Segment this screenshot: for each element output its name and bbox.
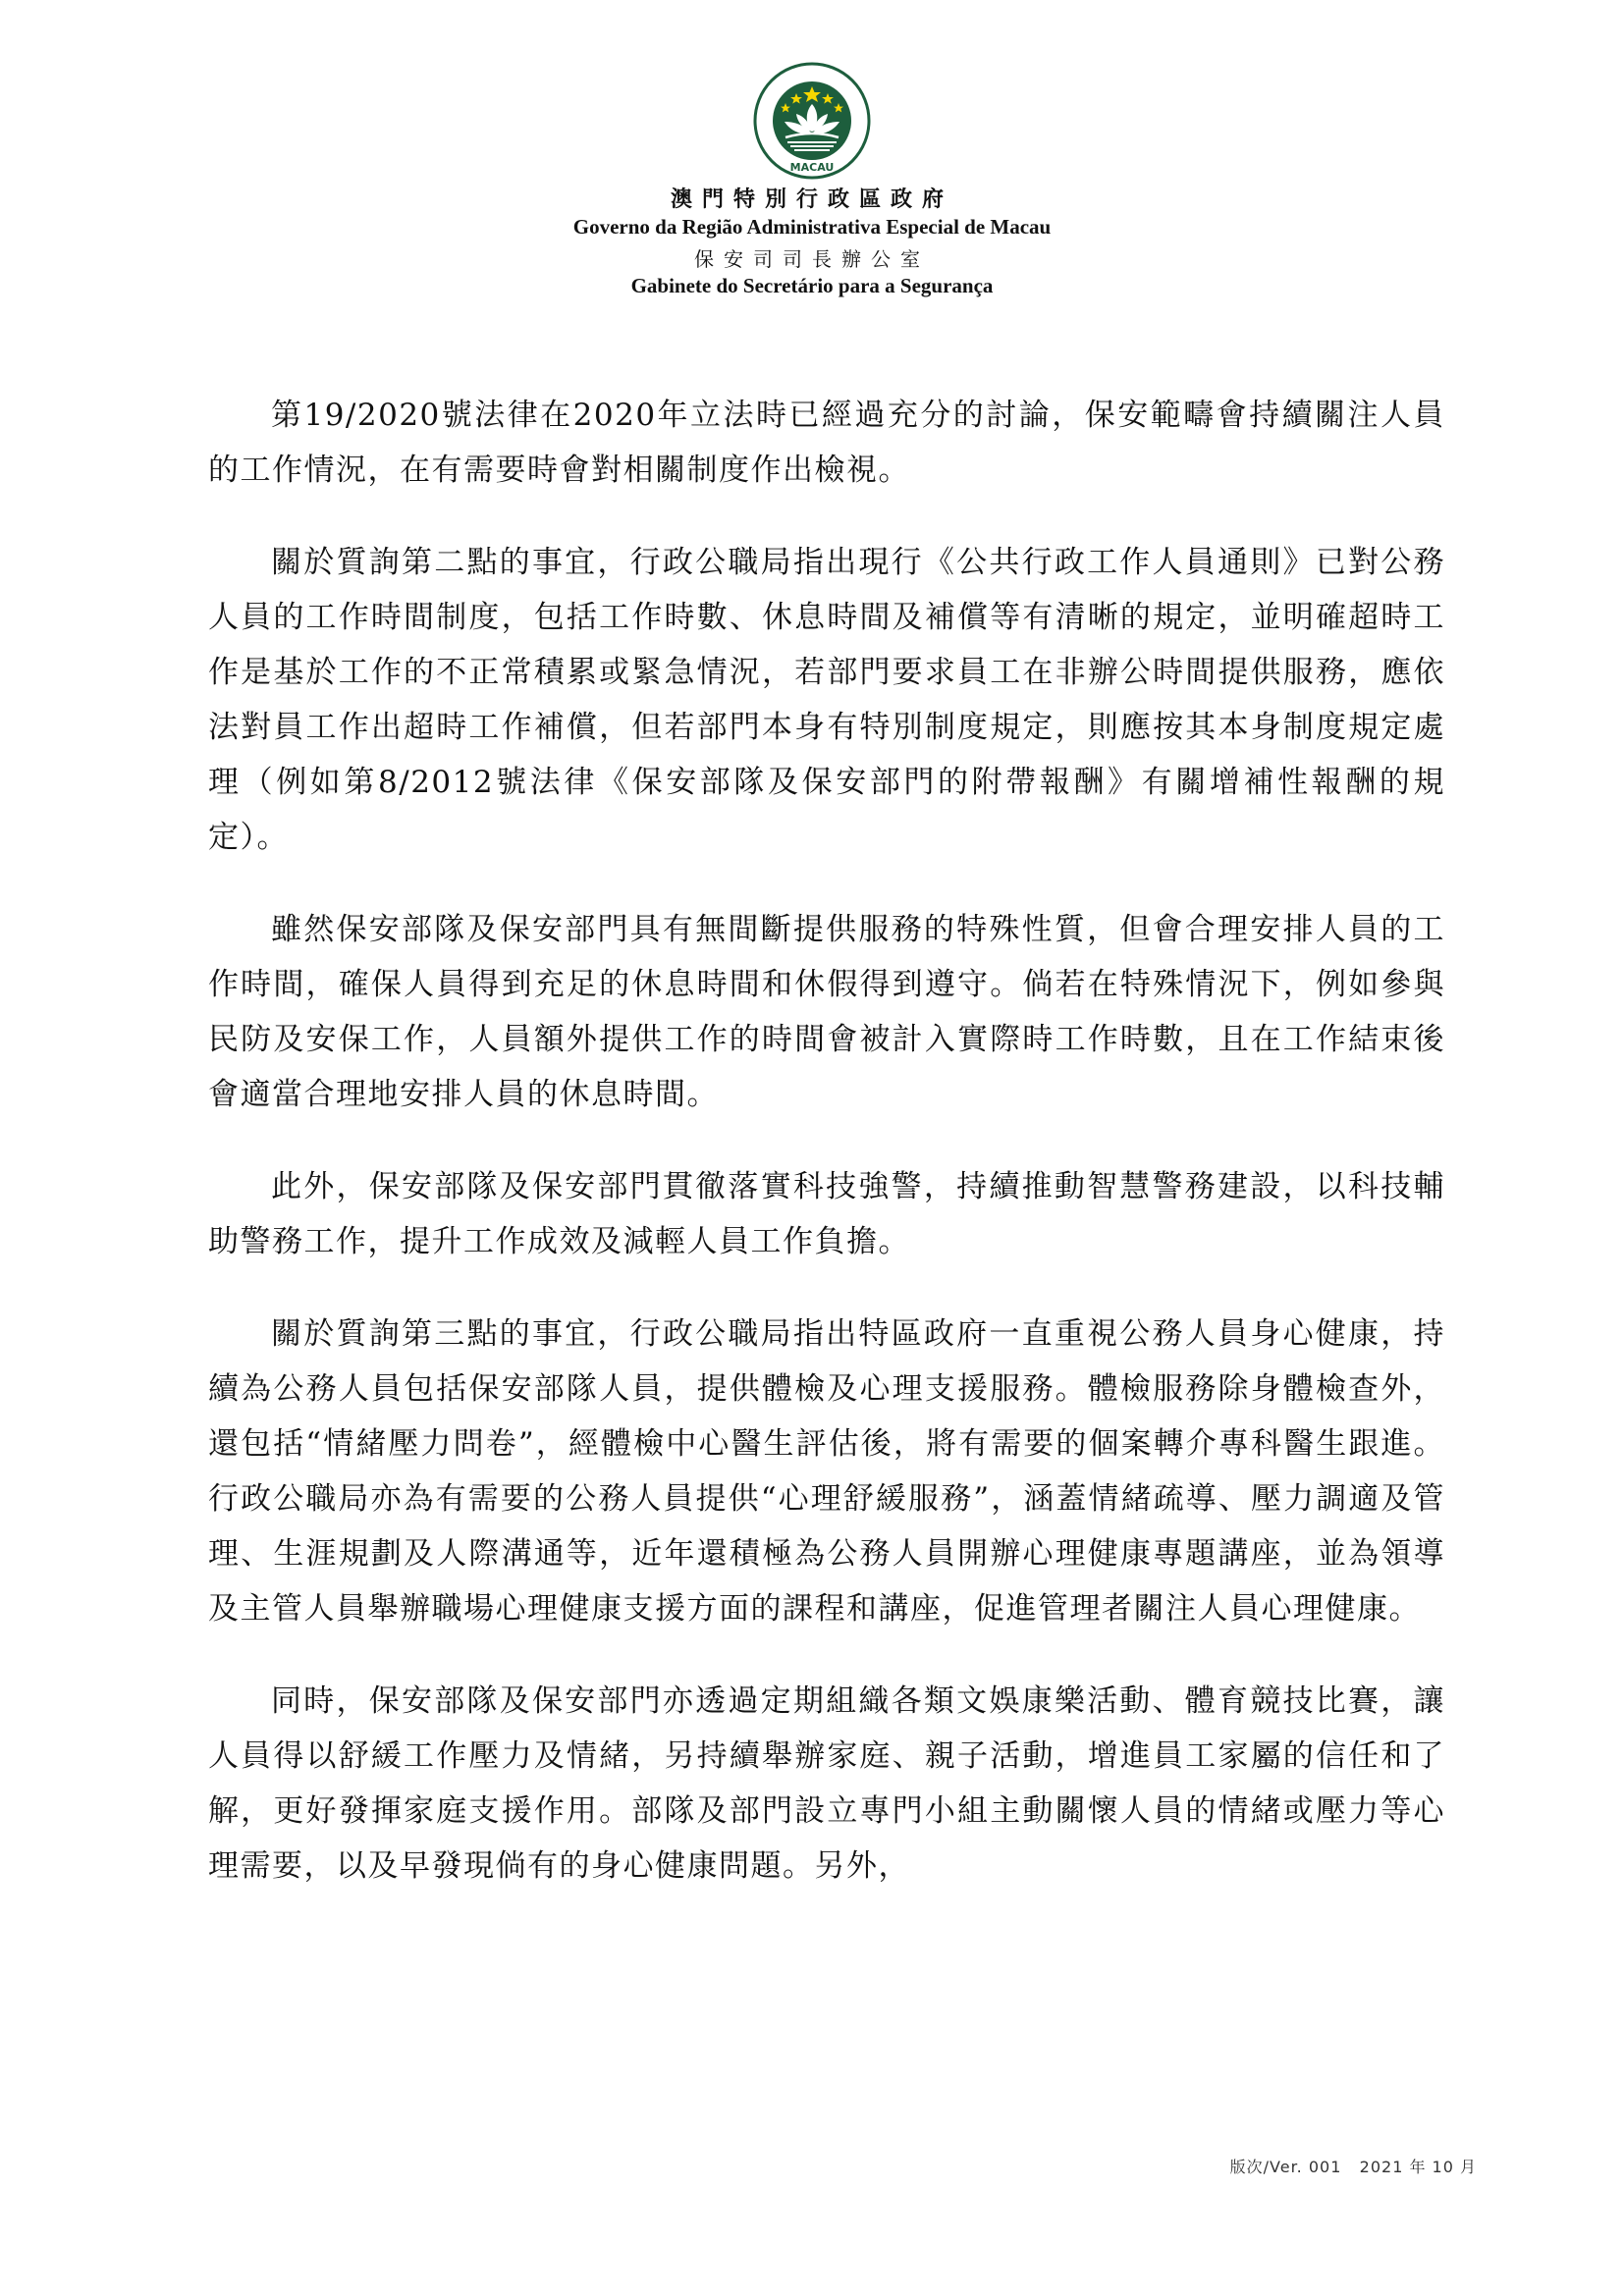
paragraph: 此外，保安部隊及保安部門貫徹落實科技強警，持續推動智慧警務建設，以科技輔助警務工… [208,1159,1445,1269]
letterhead: MACAU 澳門特別行政區政府 Governo da Região Admini… [0,61,1624,298]
macau-sar-emblem-icon: MACAU [752,61,872,181]
version-label: 版次/Ver. 001 [1230,2158,1342,2176]
paragraph: 關於質詢第三點的事宜，行政公職局指出特區政府一直重視公務人員身心健康，持續為公務… [208,1307,1445,1636]
paragraph: 第19/2020號法律在2020年立法時已經過充分的討論，保安範疇會持續關注人員… [208,388,1445,498]
paragraph: 同時，保安部隊及保安部門亦透過定期組織各類文娛康樂活動、體育競技比賽，讓人員得以… [208,1674,1445,1894]
svg-text:MACAU: MACAU [790,161,835,174]
version-footer: 版次/Ver. 001 2021 年 10 月 [1230,2155,1477,2177]
paragraph: 雖然保安部隊及保安部門具有無間斷提供服務的特殊性質，但會合理安排人員的工作時間，… [208,902,1445,1122]
government-name-portuguese: Governo da Região Administrativa Especia… [0,214,1624,240]
office-name-chinese: 保安司司長辦公室 [0,245,1624,273]
paragraph: 關於質詢第二點的事宜，行政公職局指出現行《公共行政工作人員通則》已對公務人員的工… [208,535,1445,865]
document-body: 第19/2020號法律在2020年立法時已經過充分的討論，保安範疇會持續關注人員… [208,388,1445,1931]
government-name-chinese: 澳門特別行政區政府 [0,187,1624,214]
office-name-portuguese: Gabinete do Secretário para a Segurança [0,273,1624,298]
version-date: 2021 年 10 月 [1360,2158,1477,2176]
